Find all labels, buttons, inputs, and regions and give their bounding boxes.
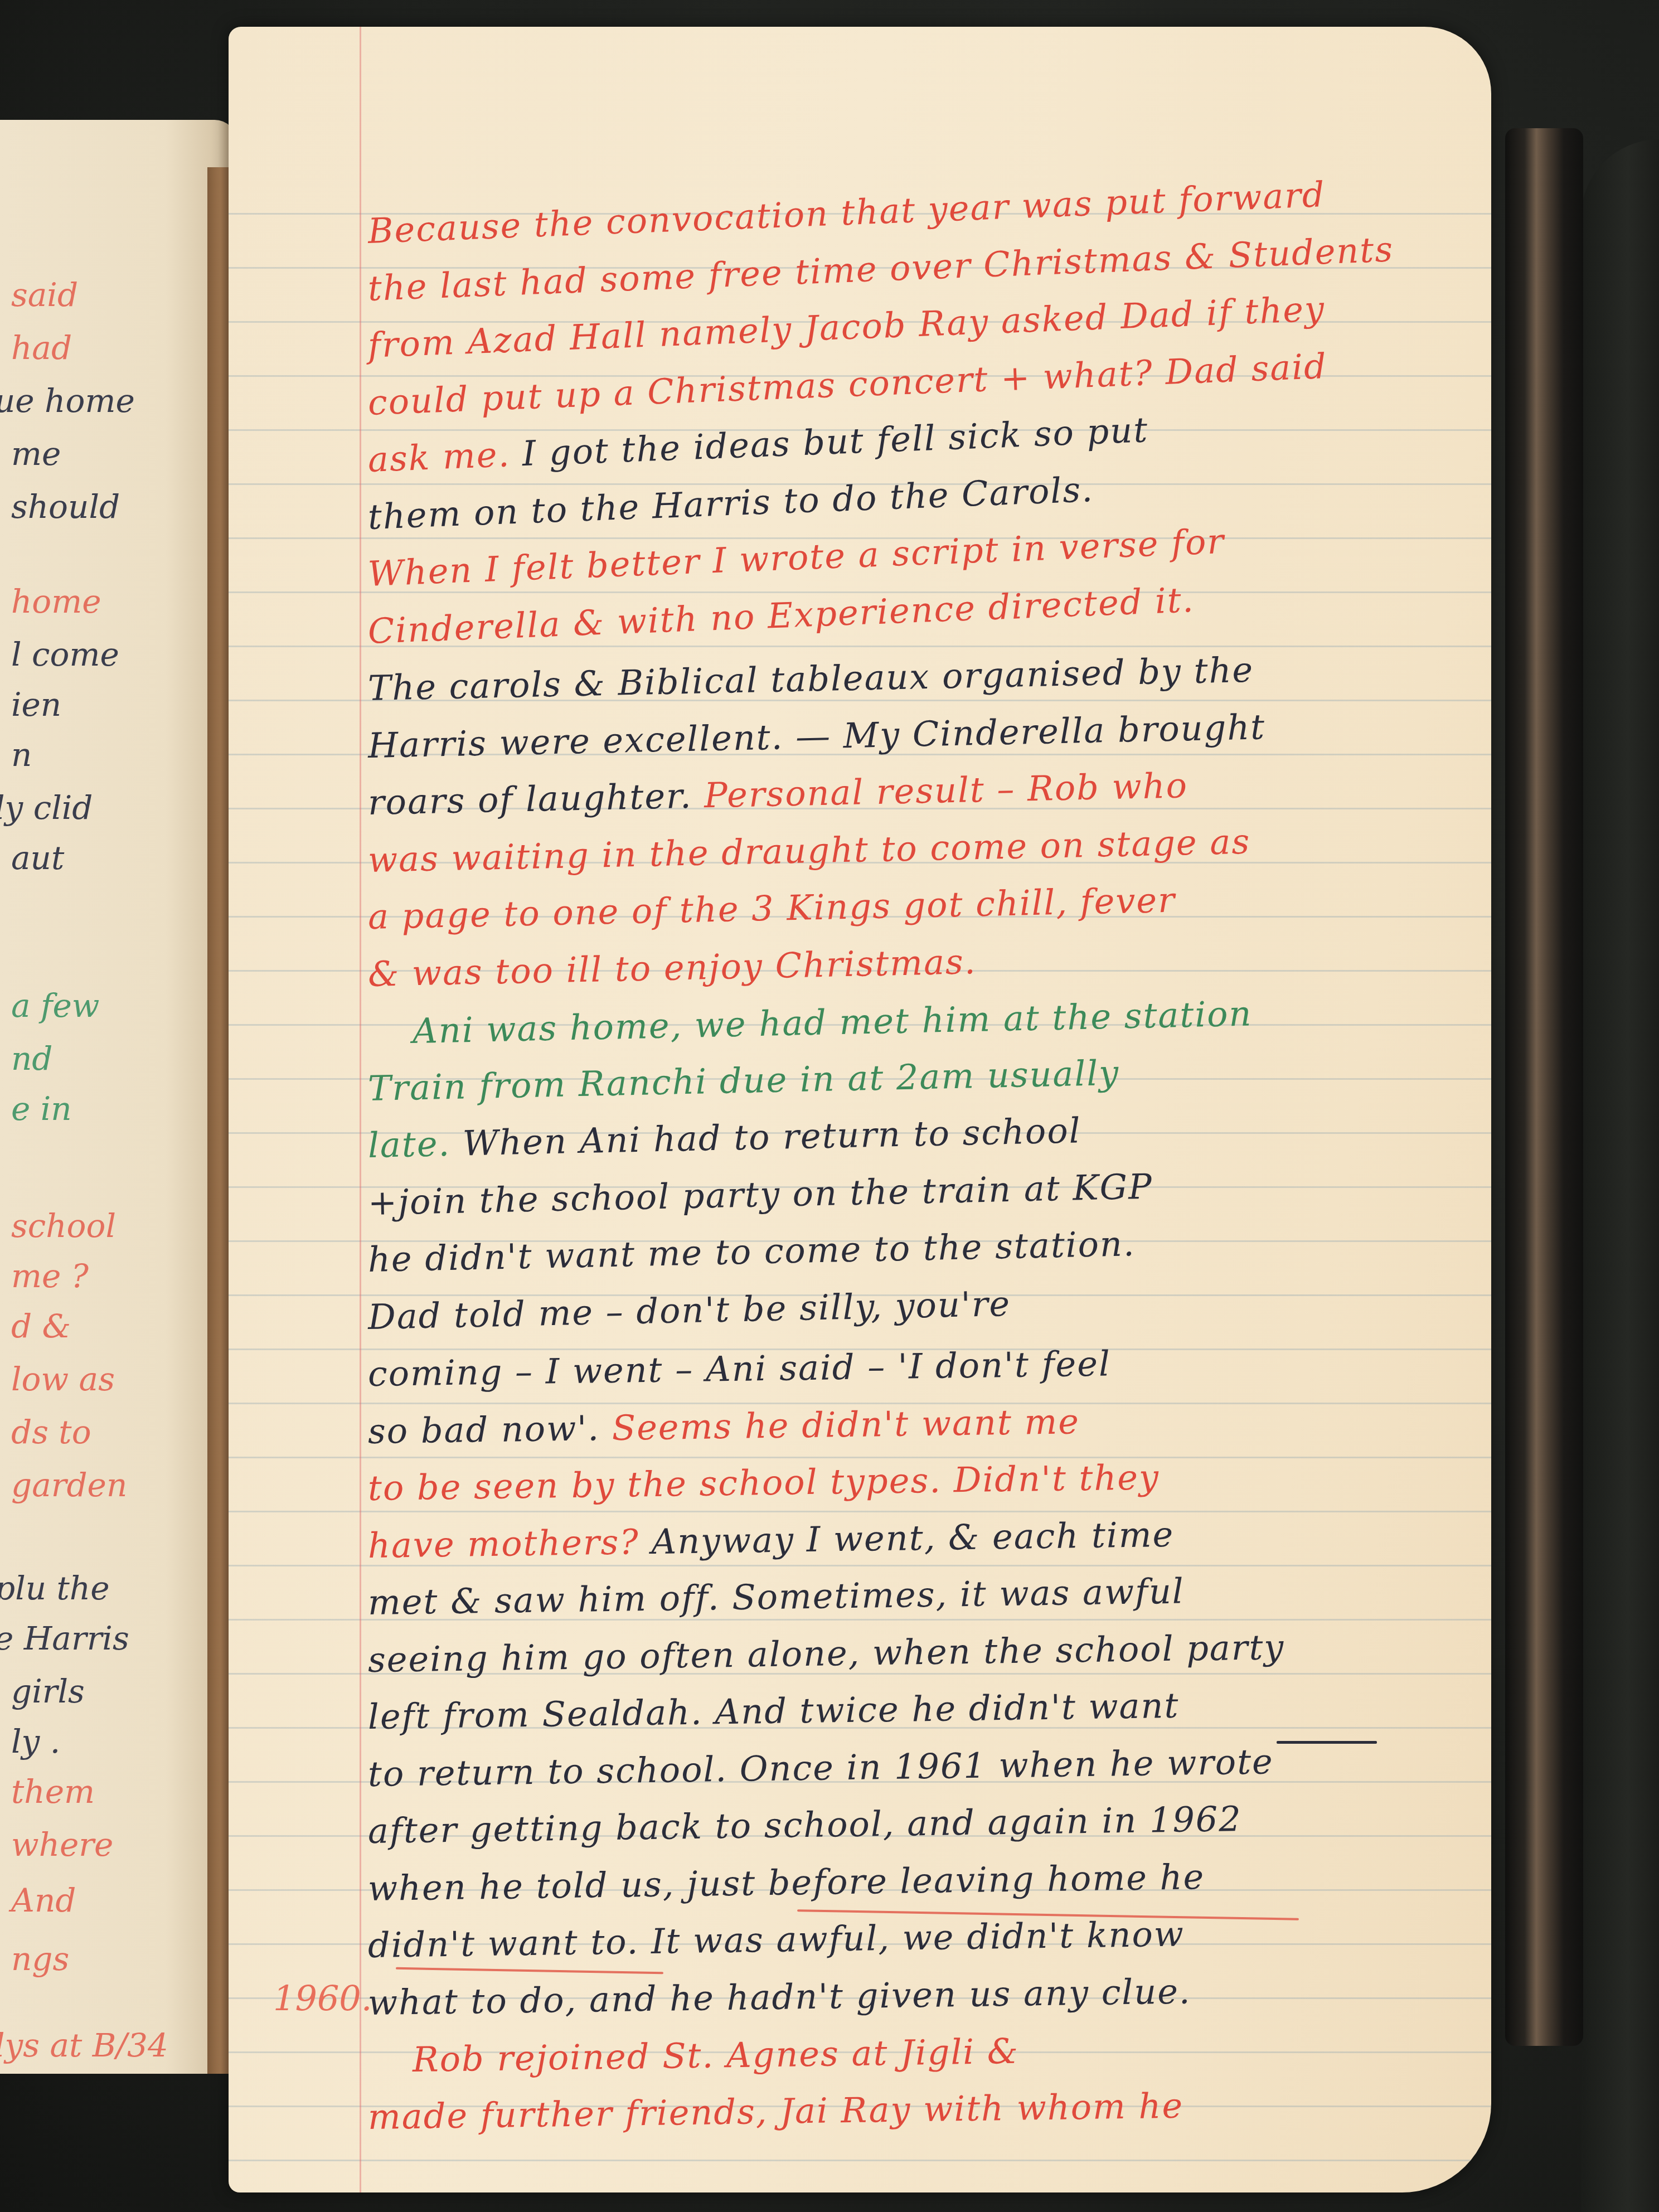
left-page-fragment: aut xyxy=(11,839,64,877)
handwritten-line: Rob rejoined St. Agnes at Jigli & xyxy=(412,2031,1019,2080)
background-cloth xyxy=(1581,139,1659,2212)
left-page-fragment: school xyxy=(11,1207,116,1245)
left-page-fragment: e Harris xyxy=(0,1619,129,1657)
left-page: saidhadue homemeshouldhomel comeiennly c… xyxy=(0,120,237,2074)
left-page-fragment: ngs xyxy=(11,1940,69,1978)
left-page-fragment: a few xyxy=(11,987,99,1025)
left-page-fragment: me xyxy=(11,435,61,473)
left-page-fragment: them xyxy=(11,1773,95,1811)
margin-line xyxy=(360,27,361,2192)
left-page-fragment: girls xyxy=(11,1672,85,1710)
left-page-fragment: should xyxy=(11,488,120,526)
underline-mark xyxy=(1277,1741,1377,1744)
photo-scene: saidhadue homemeshouldhomel comeiennly c… xyxy=(0,0,1659,2212)
left-page-fragment: me ? xyxy=(11,1257,89,1295)
line-segment: so bad now'. xyxy=(367,1408,600,1452)
left-page-fragment: nd xyxy=(11,1040,52,1078)
left-page-fragment: had xyxy=(11,329,72,367)
right-page: 1960. Because the convocation that year … xyxy=(229,27,1491,2192)
left-page-fragment: said xyxy=(11,276,78,314)
line-segment: Seems he didn't want me xyxy=(599,1401,1080,1448)
left-page-fragment: e in xyxy=(11,1090,72,1128)
margin-year-note: 1960. xyxy=(273,1978,372,2019)
left-page-fragment: where xyxy=(11,1826,113,1864)
left-page-fragment: ds to xyxy=(11,1413,91,1451)
left-page-fragment: lys at B/34 xyxy=(0,2026,168,2064)
line-segment: have mothers? xyxy=(367,1521,639,1566)
left-page-fragment: ly clid xyxy=(0,789,93,827)
line-segment: Anyway I went, & each time xyxy=(639,1514,1175,1561)
left-page-fragment: ly . xyxy=(11,1723,60,1760)
left-page-fragment: low as xyxy=(11,1360,115,1398)
left-page-fragment: n xyxy=(11,736,32,774)
left-page-fragment: And xyxy=(11,1881,76,1919)
left-page-fragment: ue home xyxy=(0,382,135,420)
left-page-fragment: plu the xyxy=(0,1569,109,1607)
left-page-fragment: garden xyxy=(11,1466,127,1504)
left-page-fragment: d & xyxy=(11,1307,71,1345)
book-spine-edge xyxy=(1505,128,1583,2046)
line-segment: ask me. xyxy=(367,434,511,480)
line-segment: roars of laughter. xyxy=(367,775,692,823)
left-page-fragment: l come xyxy=(11,636,119,673)
line-segment: late. xyxy=(367,1123,451,1166)
left-page-fragment: ien xyxy=(11,686,61,724)
left-page-fragment: home xyxy=(11,583,101,620)
